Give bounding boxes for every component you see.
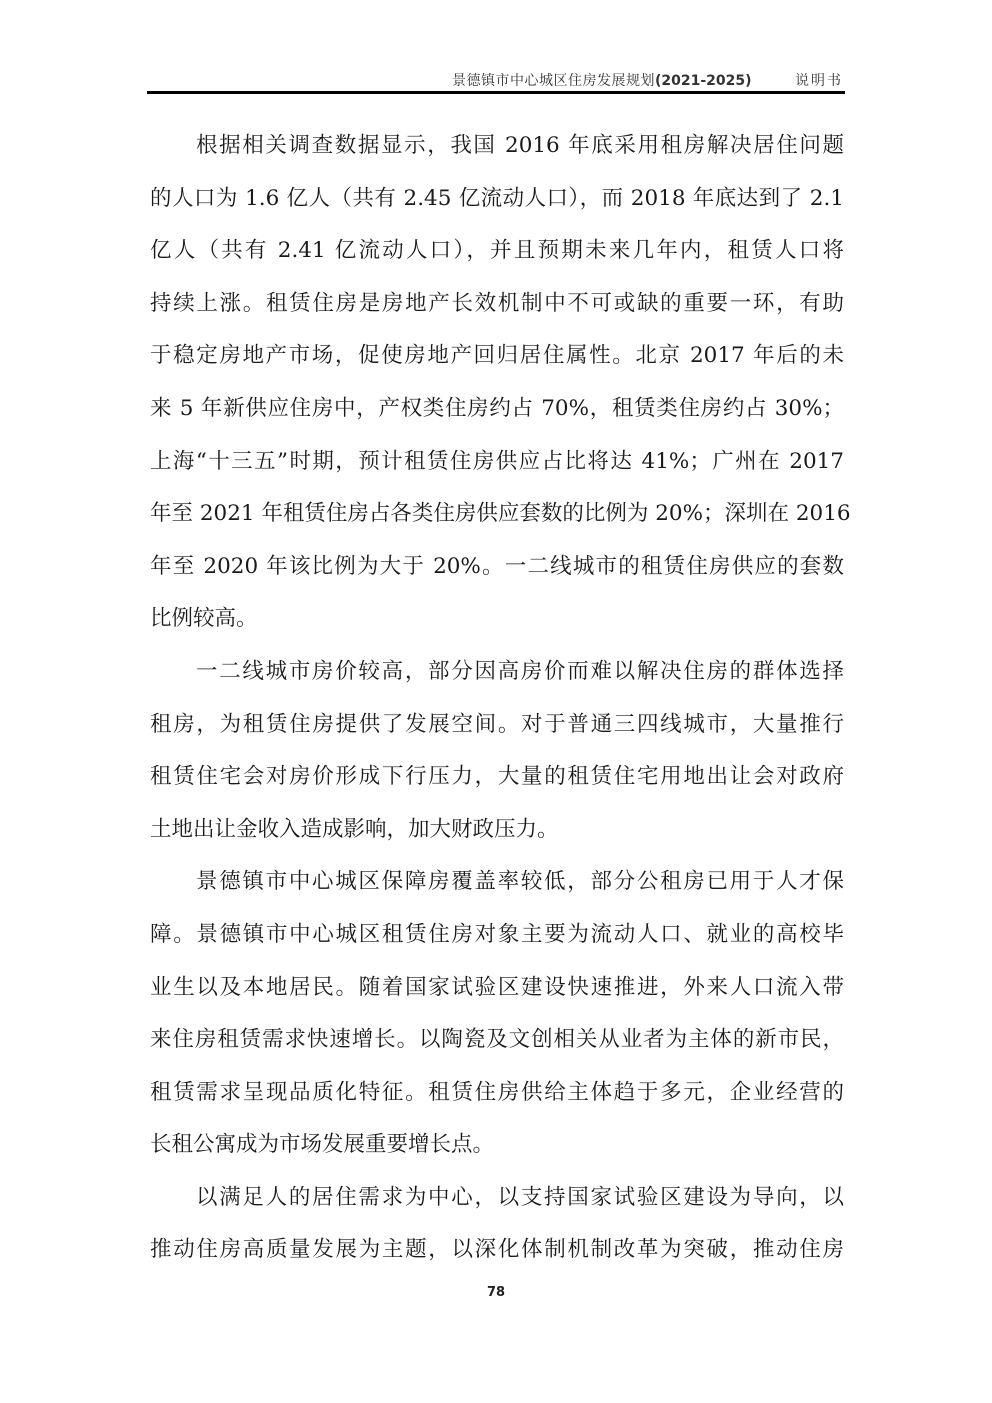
paragraph-3-line: 景德镇市中心城区保障房覆盖率较低，部分公租房已用于人才保	[150, 864, 844, 917]
paragraph-1-line: 年至 2021 年租赁住房占各类住房供应套数的比例为 20%；深圳在 2016	[150, 496, 844, 549]
paragraph-1-line: 亿人（共有 2.41 亿流动人口），并且预期未来几年内，租赁人口将	[150, 233, 844, 286]
document-title: 景德镇市中心城区住房发展规划(2021-2025)	[452, 70, 752, 90]
paragraph-1-line: 比例较高。	[150, 601, 844, 654]
document-years: (2021-2025)	[655, 73, 752, 89]
paragraph-3-line: 租赁需求呈现品质化特征。租赁住房供给主体趋于多元，企业经营的	[150, 1075, 844, 1128]
document-title-text: 景德镇市中心城区住房发展规划	[452, 73, 655, 89]
paragraph-1-line: 年至 2020 年该比例为大于 20%。一二线城市的租赁住房供应的套数	[150, 549, 844, 602]
paragraph-4-line: 推动住房高质量发展为主题，以深化体制机制改革为突破，推动住房	[150, 1232, 844, 1285]
paragraph-2-line: 土地出让金收入造成影响，加大财政压力。	[150, 812, 844, 865]
paragraph-2-line: 租赁住宅会对房价形成下行压力，大量的租赁住宅用地出让会对政府	[150, 759, 844, 812]
paragraph-4-line: 以满足人的居住需求为中心，以支持国家试验区建设为导向，以	[150, 1180, 844, 1233]
paragraph-3-line: 长租公寓成为市场发展重要增长点。	[150, 1127, 844, 1180]
paragraph-1-line: 于稳定房地产市场，促使房地产回归居住属性。北京 2017 年后的未	[150, 338, 844, 391]
header-rule	[147, 91, 845, 94]
paragraph-1-line: 持续上涨。租赁住房是房地产长效机制中不可或缺的重要一环，有助	[150, 286, 844, 339]
paragraph-3-line: 业生以及本地居民。随着国家试验区建设快速推进，外来人口流入带	[150, 970, 844, 1023]
paragraph-1-line: 上海“十三五”时期，预计租赁住房供应占比将达 41%；广州在 2017	[150, 444, 844, 497]
paragraph-2-line: 租房，为租赁住房提供了发展空间。对于普通三四线城市，大量推行	[150, 707, 844, 760]
paragraph-2-line: 一二线城市房价较高，部分因高房价而难以解决住房的群体选择	[150, 654, 844, 707]
page-number: 78	[0, 1285, 992, 1300]
paragraph-3-line: 障。景德镇市中心城区租赁住房对象主要为流动人口、就业的高校毕	[150, 917, 844, 970]
paragraph-1-line: 的人口为 1.6 亿人（共有 2.45 亿流动人口），而 2018 年底达到了 …	[150, 181, 844, 234]
paragraph-1-line: 根据相关调查数据显示，我国 2016 年底采用租房解决居住问题	[150, 128, 844, 181]
paragraph-1-line: 来 5 年新供应住房中，产权类住房约占 70%，租赁类住房约占 30%；	[150, 391, 844, 444]
body-text: 根据相关调查数据显示，我国 2016 年底采用租房解决居住问题 的人口为 1.6…	[150, 128, 844, 1285]
section-label: 说明书	[795, 70, 843, 90]
paragraph-3-line: 来住房租赁需求快速增长。以陶瓷及文创相关从业者为主体的新市民，	[150, 1022, 844, 1075]
